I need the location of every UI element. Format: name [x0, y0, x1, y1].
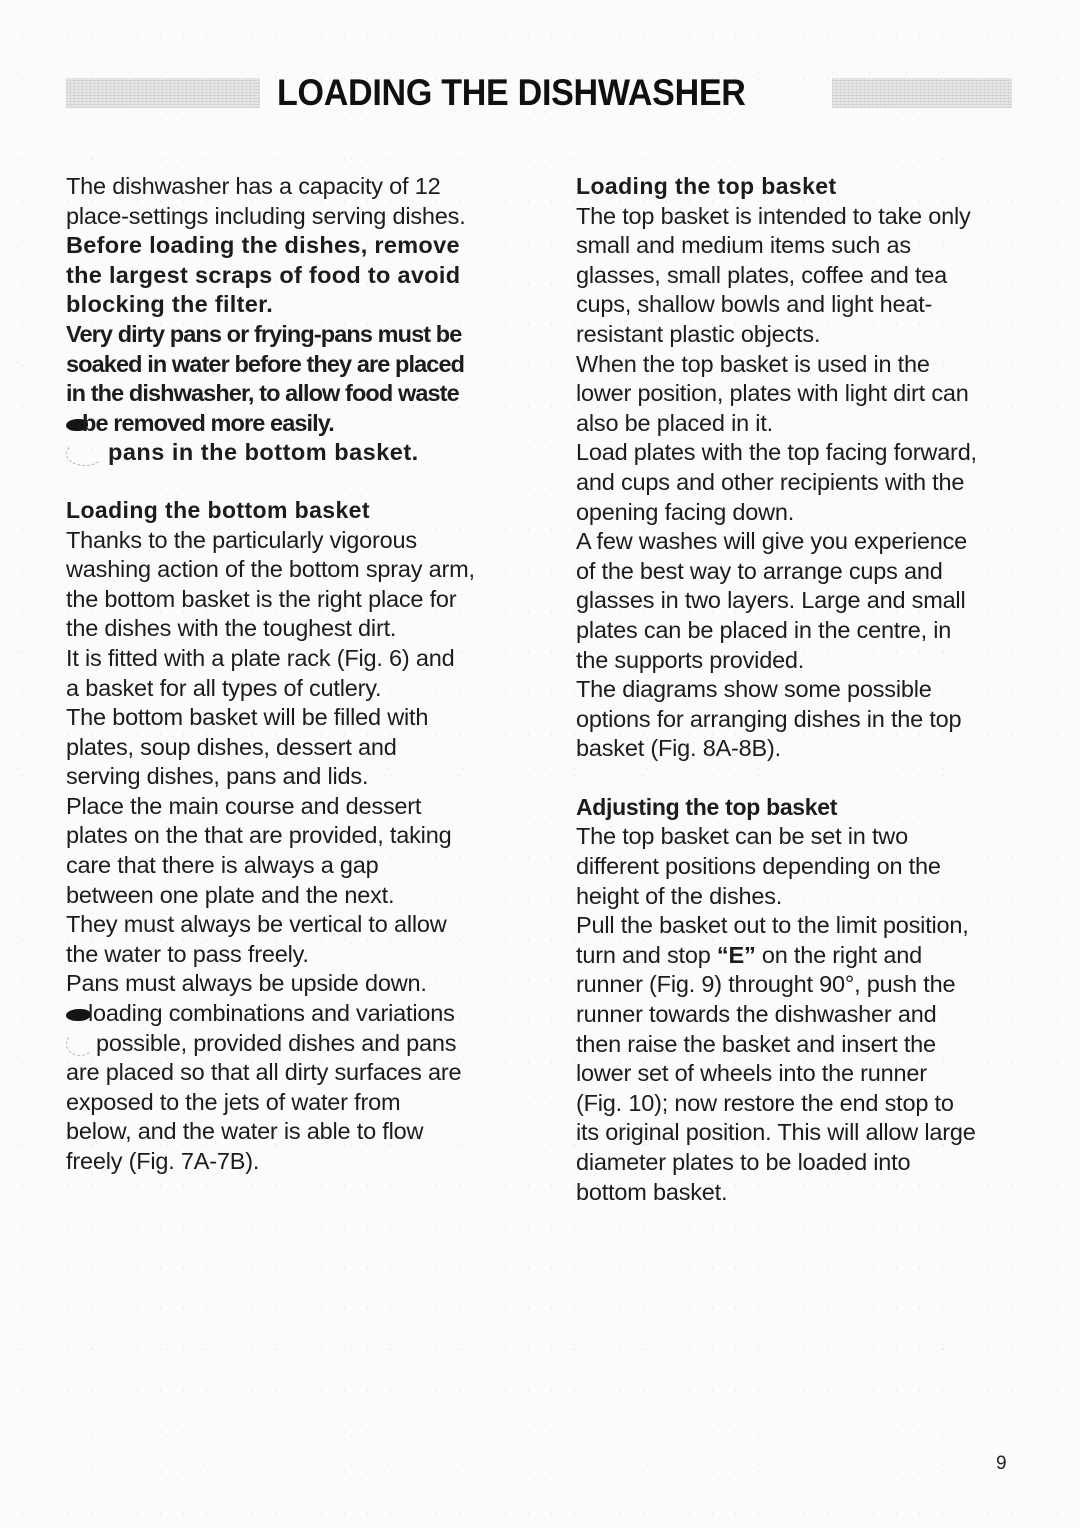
page-title: LOADING THE DISHWASHER [277, 72, 746, 114]
punch-hole-mark [66, 442, 104, 466]
text-line: are placed so that all dirty surfaces ar… [66, 1058, 526, 1088]
text-line: plates on the that are provided, taking [66, 821, 526, 851]
text-line: freely (Fig. 7A-7B). [66, 1147, 526, 1177]
text-line: lower position, plates with light dirt c… [576, 379, 1016, 409]
text-line: the water to pass freely. [66, 940, 526, 970]
text-line: resistant plastic objects. [576, 320, 1016, 350]
text-line: soaked in water before they are placed [66, 350, 526, 380]
text-line: and cups and other recipients with the [576, 468, 1016, 498]
text-fragment: on the right and [756, 942, 922, 968]
text-line: glasses in two layers. Large and small [576, 586, 1016, 616]
text-line: height of the dishes. [576, 882, 1016, 912]
ink-smudge [66, 1009, 90, 1021]
right-column: Loading the top basket The top basket is… [576, 172, 1016, 1207]
page-header: LOADING THE DISHWASHER [0, 74, 1080, 118]
text-line: turn and stop “E” on the right and [576, 941, 1016, 971]
text-line: They must always be vertical to allow [66, 910, 526, 940]
text-line: runner towards the dishwasher and [576, 1000, 1016, 1030]
text-line: Before loading the dishes, remove [66, 231, 526, 261]
text-line: The dishwasher has a capacity of 12 [66, 172, 526, 202]
text-line: also be placed in it. [576, 409, 1016, 439]
text-line: plates can be placed in the centre, in [576, 616, 1016, 646]
adjusting-section: Adjusting the top basket The top basket … [576, 793, 1016, 1207]
text-line: be removed more easily. [66, 409, 526, 439]
punch-hole-mark [66, 1032, 94, 1056]
text-line: glasses, small plates, coffee and tea [576, 261, 1016, 291]
text-line: The top basket can be set in two [576, 822, 1016, 852]
soak-notice: Very dirty pans or frying-pans must be s… [66, 320, 526, 438]
text-fragment: be removed more easily. [82, 410, 334, 436]
text-line: diameter plates to be loaded into [576, 1148, 1016, 1178]
text-fragment: possible, provided dishes and pans [96, 1030, 456, 1056]
text-line: Pull the basket out to the limit positio… [576, 911, 1016, 941]
text-line: The diagrams show some possible [576, 675, 1016, 705]
text-line: cups, shallow bowls and light heat- [576, 290, 1016, 320]
text-line: small and medium items such as [576, 231, 1016, 261]
text-line: possible, provided dishes and pans [66, 1029, 526, 1059]
text-line: Thanks to the particularly vigorous [66, 526, 526, 556]
text-line: of the best way to arrange cups and [576, 557, 1016, 587]
stop-e-label: “E” [717, 942, 756, 968]
text-line: then raise the basket and insert the [576, 1030, 1016, 1060]
text-line: options for arranging dishes in the top [576, 705, 1016, 735]
scraps-warning: Before loading the dishes, remove the la… [66, 231, 526, 320]
text-line: (Fig. 10); now restore the end stop to [576, 1089, 1016, 1119]
text-line: exposed to the jets of water from [66, 1088, 526, 1118]
text-line: bottom basket. [576, 1178, 1016, 1208]
text-line: its original position. This will allow l… [576, 1118, 1016, 1148]
text-line: lower set of wheels into the runner [576, 1059, 1016, 1089]
text-line: between one plate and the next. [66, 881, 526, 911]
bottom-basket-section: Loading the bottom basket Thanks to the … [66, 496, 526, 1177]
text-line: loading combinations and variations [66, 999, 526, 1029]
text-fragment: pans in the bottom basket. [108, 439, 419, 465]
text-line: place-settings including serving dishes. [66, 202, 526, 232]
text-line: the bottom basket is the right place for [66, 585, 526, 615]
text-line: different positions depending on the [576, 852, 1016, 882]
text-line: the supports provided. [576, 646, 1016, 676]
section-gap [66, 468, 526, 496]
text-line: below, and the water is able to flow [66, 1117, 526, 1147]
text-line: blocking the filter. [66, 290, 526, 320]
text-line: A few washes will give you experience [576, 527, 1016, 557]
text-line: runner (Fig. 9) throught 90°, push the [576, 970, 1016, 1000]
pans-line: pans in the bottom basket. [66, 438, 526, 468]
section-heading-top-basket: Loading the top basket [576, 172, 1016, 202]
text-line: When the top basket is used in the [576, 350, 1016, 380]
header-decoration-right [832, 78, 1012, 108]
text-line: The bottom basket will be filled with [66, 703, 526, 733]
top-basket-section: Loading the top basket The top basket is… [576, 172, 1016, 764]
text-line: serving dishes, pans and lids. [66, 762, 526, 792]
text-line: care that there is always a gap [66, 851, 526, 881]
text-fragment: loading combinations and variations [88, 1000, 455, 1026]
text-line: opening facing down. [576, 498, 1016, 528]
left-column: The dishwasher has a capacity of 12 plac… [66, 172, 526, 1177]
text-line: It is fitted with a plate rack (Fig. 6) … [66, 644, 526, 674]
intro-paragraph: The dishwasher has a capacity of 12 plac… [66, 172, 526, 231]
section-heading-adjusting: Adjusting the top basket [576, 793, 1016, 823]
text-line: basket (Fig. 8A-8B). [576, 734, 1016, 764]
text-fragment: turn and stop [576, 942, 717, 968]
text-line: washing action of the bottom spray arm, [66, 555, 526, 585]
text-line: The top basket is intended to take only [576, 202, 1016, 232]
header-decoration-left [66, 78, 260, 108]
text-line: plates, soup dishes, dessert and [66, 733, 526, 763]
text-line: Load plates with the top facing forward, [576, 438, 1016, 468]
text-line: in the dishwasher, to allow food waste [66, 379, 526, 409]
text-line: a basket for all types of cutlery. [66, 674, 526, 704]
section-gap [576, 764, 1016, 793]
text-line: Pans must always be upside down. [66, 969, 526, 999]
text-line: the dishes with the toughest dirt. [66, 614, 526, 644]
text-line: the largest scraps of food to avoid [66, 261, 526, 291]
section-heading-bottom-basket: Loading the bottom basket [66, 496, 526, 526]
text-line: Place the main course and dessert [66, 792, 526, 822]
page-number: 9 [996, 1453, 1007, 1475]
text-line: Very dirty pans or frying-pans must be [66, 320, 526, 350]
